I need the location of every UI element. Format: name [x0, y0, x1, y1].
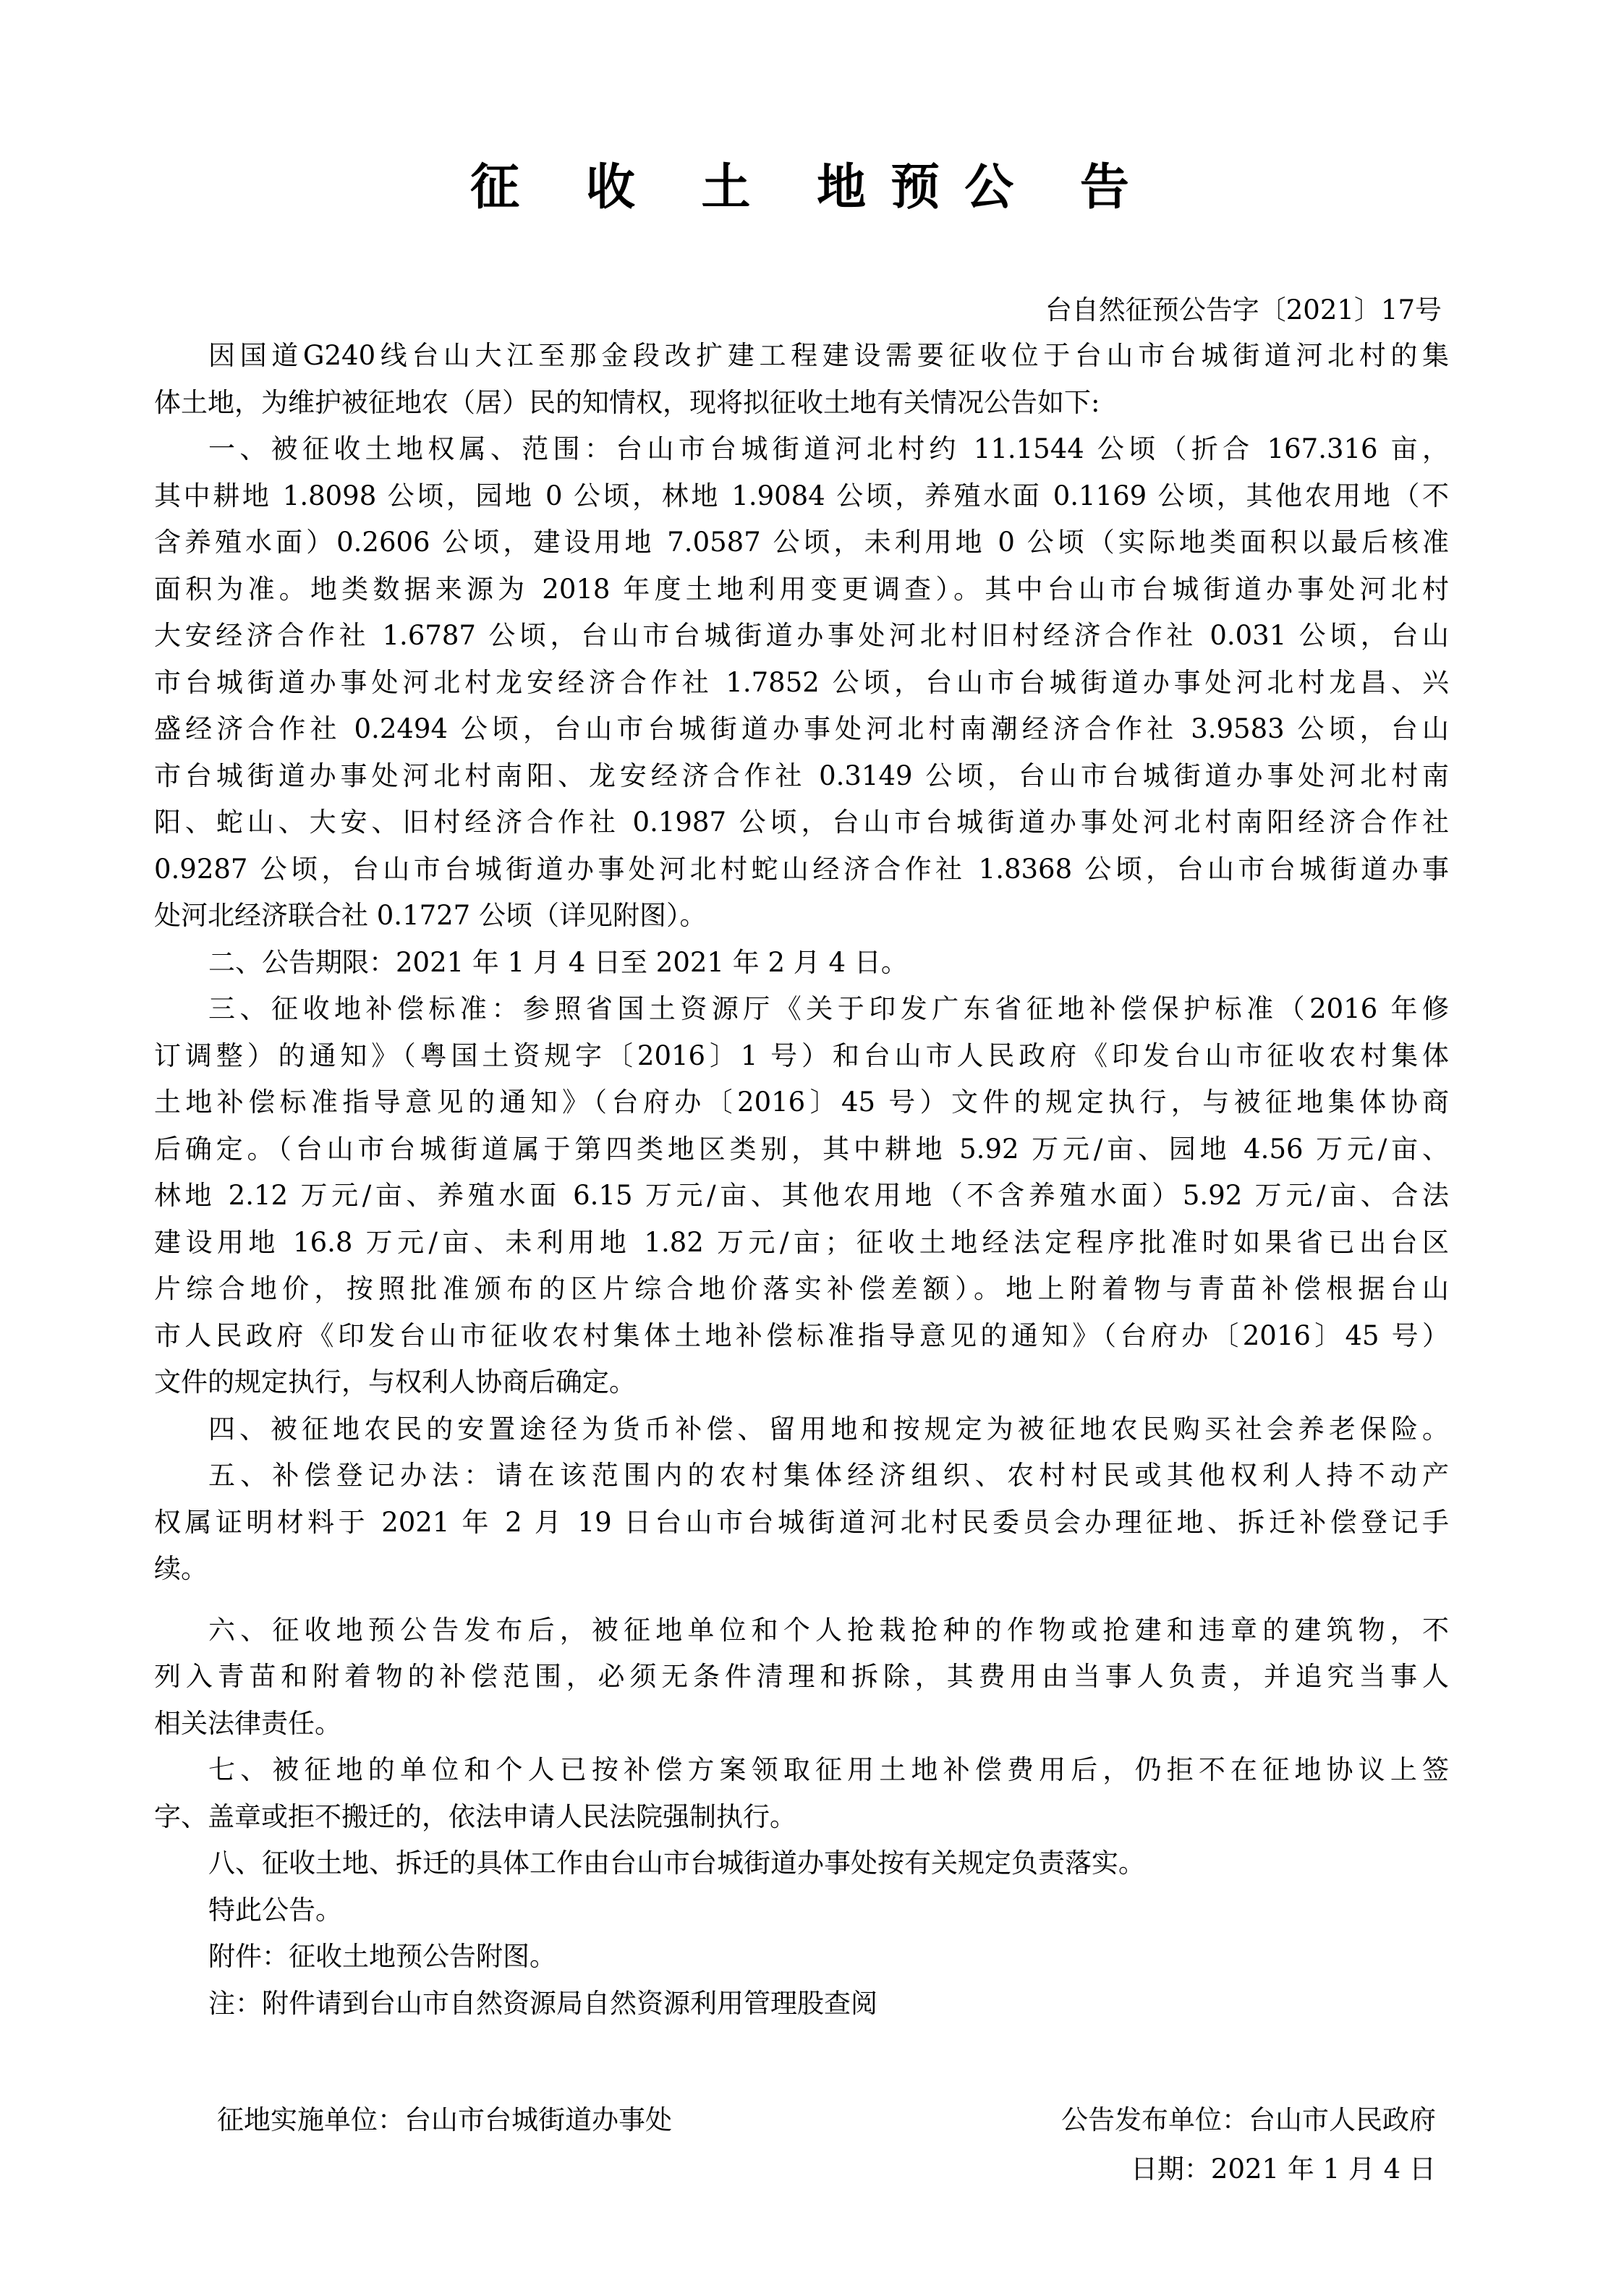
- body-line: 八、征收土地、拆迁的具体工作由台山市台城街道办事处按有关规定负责落实。: [154, 1840, 1449, 1887]
- document-number: 台自然征预公告字〔2021〕17号: [1045, 288, 1442, 327]
- implementing-unit: 征地实施单位：台山市台城街道办事处: [217, 2098, 672, 2137]
- body-line: 订调整）的通知》（粤国土资规字〔2016〕1 号）和台山市人民政府《印发台山市征…: [154, 1033, 1449, 1080]
- body-line: 后确定。（台山市台城街道属于第四类地区类别，其中耕地 5.92 万元/亩、园地 …: [154, 1126, 1449, 1173]
- body-line: 字、盖章或拒不搬迁的，依法申请人民法院强制执行。: [154, 1794, 1449, 1841]
- body-line: 一、被征收土地权属、范围：台山市台城街道河北村约 11.1544 公顷（折合 1…: [154, 426, 1449, 473]
- body-line: 相关法律责任。: [154, 1701, 1449, 1748]
- body-line: 注：附件请到台山市自然资源局自然资源利用管理股查阅: [154, 1981, 1449, 2028]
- document-body: 因国道G240线台山大江至那金段改扩建工程建设需要征收位于台山市台城街道河北村的…: [154, 333, 1449, 2027]
- body-line: 阳、蛇山、大安、旧村经济合作社 0.1987 公顷，台山市台城街道办事处河北村南…: [154, 799, 1449, 846]
- body-line: 二、公告期限：2021 年 1 月 4 日至 2021 年 2 月 4 日。: [154, 940, 1449, 987]
- body-line: 列入青苗和附着物的补偿范围，必须无条件清理和拆除，其费用由当事人负责，并追究当事…: [154, 1654, 1449, 1701]
- body-line: 面积为准。地类数据来源为 2018 年度土地利用变更调查）。其中台山市台城街道办…: [154, 566, 1449, 613]
- body-line: 其中耕地 1.8098 公顷，园地 0 公顷，林地 1.9084 公顷，养殖水面…: [154, 473, 1449, 520]
- page-title: 征 收 土 地预公 告: [0, 148, 1624, 218]
- body-line: 0.9287 公顷，台山市台城街道办事处河北村蛇山经济合作社 1.8368 公顷…: [154, 846, 1449, 893]
- body-line: 文件的规定执行，与权利人协商后确定。: [154, 1359, 1449, 1406]
- publish-date: 日期：2021 年 1 月 4 日: [1131, 2147, 1436, 2186]
- body-line: 含养殖水面）0.2606 公顷，建设用地 7.0587 公顷，未利用地 0 公顷…: [154, 519, 1449, 566]
- body-line: 特此公告。: [154, 1887, 1449, 1934]
- body-line: 权属证明材料于 2021 年 2 月 19 日台山市台城街道河北村民委员会办理征…: [154, 1500, 1449, 1547]
- body-line: 因国道G240线台山大江至那金段改扩建工程建设需要征收位于台山市台城街道河北村的…: [154, 333, 1449, 380]
- body-line: 六、征收地预公告发布后，被征地单位和个人抢栽抢种的作物或抢建和违章的建筑物，不: [154, 1607, 1449, 1654]
- body-line: 附件：征收土地预公告附图。: [154, 1934, 1449, 1981]
- body-line: 七、被征地的单位和个人已按补偿方案领取征用土地补偿费用后，仍拒不在征地协议上签: [154, 1747, 1449, 1794]
- body-line: 土地补偿标准指导意见的通知》（台府办〔2016〕45 号）文件的规定执行，与被征…: [154, 1079, 1449, 1126]
- body-line: 市台城街道办事处河北村龙安经济合作社 1.7852 公顷，台山市台城街道办事处河…: [154, 660, 1449, 707]
- body-line: 续。: [154, 1546, 1449, 1593]
- body-line: 四、被征地农民的安置途径为货币补偿、留用地和按规定为被征地农民购买社会养老保险。: [154, 1406, 1449, 1453]
- document-page: 征 收 土 地预公 告 台自然征预公告字〔2021〕17号 因国道G240线台山…: [0, 0, 1624, 2296]
- body-line: 盛经济合作社 0.2494 公顷，台山市台城街道办事处河北村南潮经济合作社 3.…: [154, 706, 1449, 753]
- body-line: 林地 2.12 万元/亩、养殖水面 6.15 万元/亩、其他农用地（不含养殖水面…: [154, 1173, 1449, 1220]
- body-line: 体土地，为维护被征地农（居）民的知情权，现将拟征收土地有关情况公告如下:: [154, 380, 1449, 427]
- body-line: 处河北经济联合社 0.1727 公顷（详见附图）。: [154, 893, 1449, 940]
- body-line: 市人民政府《印发台山市征收农村集体土地补偿标准指导意见的通知》（台府办〔2016…: [154, 1313, 1449, 1360]
- body-line: 三、征收地补偿标准：参照省国土资源厅《关于印发广东省征地补偿保护标准（2016 …: [154, 986, 1449, 1033]
- body-line: 大安经济合作社 1.6787 公顷，台山市台城街道办事处河北村旧村经济合作社 0…: [154, 613, 1449, 660]
- body-line: 片综合地价，按照批准颁布的区片综合地价落实补偿差额）。地上附着物与青苗补偿根据台…: [154, 1266, 1449, 1313]
- body-line: 五、补偿登记办法：请在该范围内的农村集体经济组织、农村村民或其他权利人持不动产: [154, 1453, 1449, 1500]
- body-line: 市台城街道办事处河北村南阳、龙安经济合作社 0.3149 公顷，台山市台城街道办…: [154, 753, 1449, 800]
- publishing-unit: 公告发布单位：台山市人民政府: [1061, 2098, 1436, 2137]
- body-line: 建设用地 16.8 万元/亩、未利用地 1.82 万元/亩；征收土地经法定程序批…: [154, 1220, 1449, 1267]
